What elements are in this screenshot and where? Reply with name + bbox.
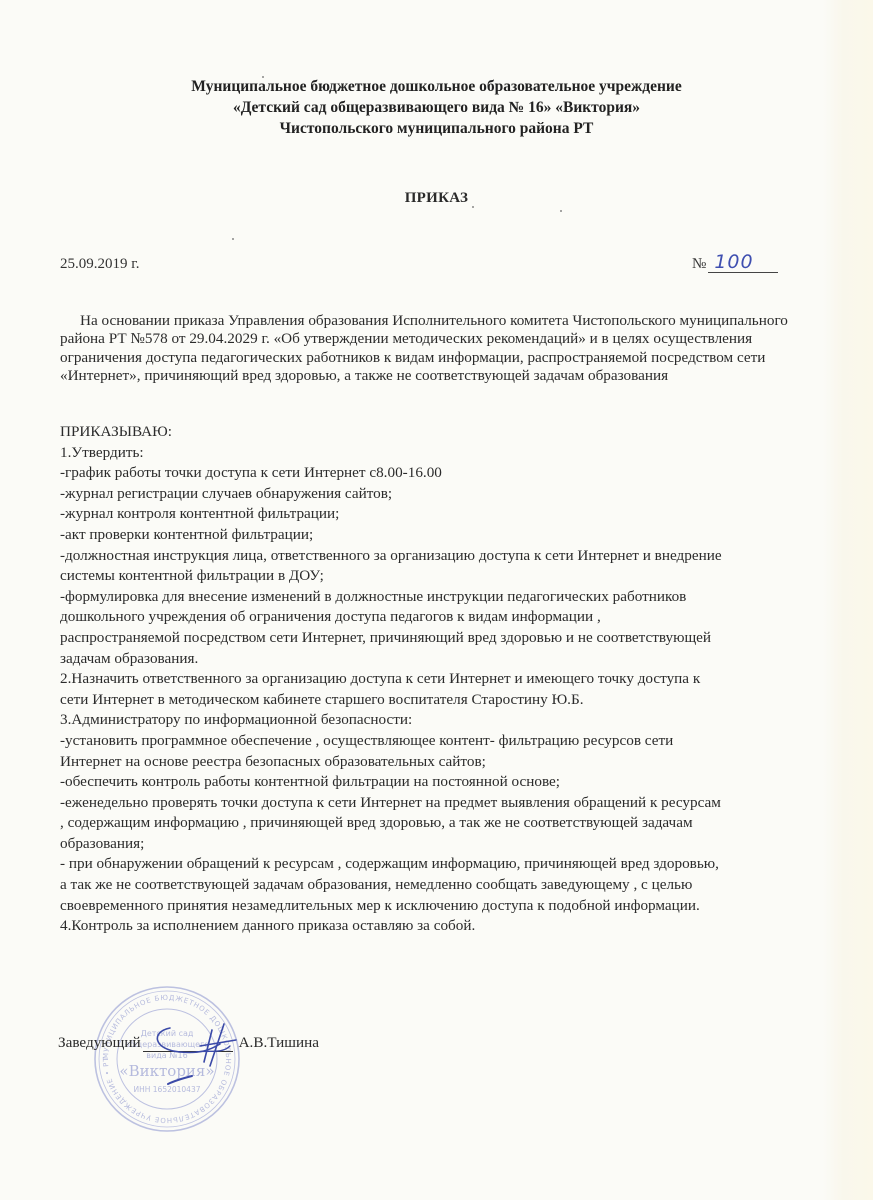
order-line: -журнал регистрации случаев обнаружения … bbox=[60, 484, 820, 505]
order-line: системы контентной фильтрации в ДОУ; bbox=[60, 566, 820, 587]
order-line: распространяемой посредством сети Интерн… bbox=[60, 628, 820, 649]
handwritten-signature-icon bbox=[140, 1010, 250, 1090]
order-line: -еженедельно проверять точки доступа к с… bbox=[60, 793, 820, 814]
scan-speck bbox=[232, 238, 234, 240]
order-line: -журнал контроля контентной фильтрации; bbox=[60, 504, 820, 525]
document-title: ПРИКАЗ bbox=[0, 190, 873, 207]
order-line: -акт проверки контентной фильтрации; bbox=[60, 525, 820, 546]
order-line: Интернет на основе реестра безопасных об… bbox=[60, 752, 820, 773]
institution-line-2: «Детский сад общеразвивающего вида № 16»… bbox=[0, 97, 873, 118]
order-line: а так же не соответствующей задачам обра… bbox=[60, 875, 820, 896]
scan-speck bbox=[560, 210, 562, 212]
scan-speck bbox=[472, 206, 474, 208]
order-line: -установить программное обеспечение , ос… bbox=[60, 731, 820, 752]
institution-line-1: Муниципальное бюджетное дошкольное образ… bbox=[0, 76, 873, 97]
order-line: сети Интернет в методическом кабинете ст… bbox=[60, 690, 820, 711]
order-line: -формулировка для внесение изменений в д… bbox=[60, 587, 820, 608]
scanned-document-page: Муниципальное бюджетное дошкольное образ… bbox=[0, 0, 873, 1200]
order-line: образования; bbox=[60, 834, 820, 855]
order-line: 2.Назначить ответственного за организаци… bbox=[60, 669, 820, 690]
number-sign: № bbox=[692, 256, 706, 273]
orders-heading: ПРИКАЗЫВАЮ: bbox=[60, 422, 820, 443]
order-line: -должностная инструкция лица, ответствен… bbox=[60, 546, 820, 567]
order-line: -обеспечить контроль работы контентной ф… bbox=[60, 772, 820, 793]
signatory-name: А.В.Тишина bbox=[239, 1034, 319, 1052]
order-line: дошкольного учреждения об ограничения до… bbox=[60, 607, 820, 628]
preamble-paragraph: На основании приказа Управления образова… bbox=[60, 312, 820, 386]
signatory-position: Заведующий bbox=[58, 1034, 141, 1052]
handwritten-order-number: 100 bbox=[708, 252, 778, 273]
order-number: № 100 bbox=[692, 252, 778, 273]
orders-section: ПРИКАЗЫВАЮ: 1.Утвердить: -график работы … bbox=[60, 422, 820, 937]
order-line: , содержащим информацию , причиняющей вр… bbox=[60, 813, 820, 834]
order-date: 25.09.2019 г. bbox=[60, 256, 139, 273]
order-line: - при обнаружении обращений к ресурсам ,… bbox=[60, 854, 820, 875]
order-line: 1.Утвердить: bbox=[60, 443, 820, 464]
order-line: 4.Контроль за исполнением данного приказ… bbox=[60, 916, 820, 937]
order-line: задачам образования. bbox=[60, 649, 820, 670]
scan-speck bbox=[262, 76, 264, 78]
paper-edge-shadow bbox=[823, 0, 873, 1200]
order-line: своевременного принятия незамедлительных… bbox=[60, 896, 820, 917]
institution-line-3: Чистопольского муниципального района РТ bbox=[0, 118, 873, 139]
institution-header: Муниципальное бюджетное дошкольное образ… bbox=[0, 76, 873, 139]
order-line: 3.Администратору по информационной безоп… bbox=[60, 710, 820, 731]
order-line: -график работы точки доступа к сети Инте… bbox=[60, 463, 820, 484]
